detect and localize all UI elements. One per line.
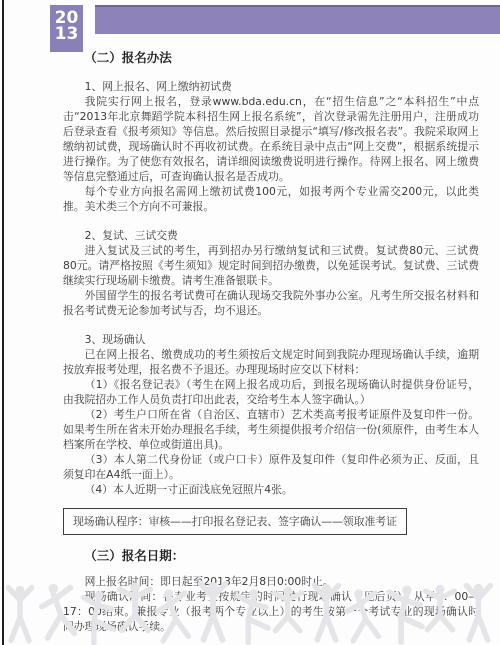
year-badge: 20 13 [50, 5, 83, 52]
paragraph: 我院实行网上报名，登录www.bda.edu.cn，在“招生信息”之“本科招生”… [63, 94, 479, 184]
header-accent-bar [95, 5, 500, 34]
section-heading-registration-date: （三）报名日期： [63, 548, 479, 563]
list-item-3: （3）本人第二代身份证（或户口卡）原件及复印件（复印件必须为正、反面，且须复印在… [63, 452, 479, 482]
subsection-heading-online-registration: 1、网上报名、网上缴纳初试费 [63, 79, 479, 94]
year-badge-line2: 13 [50, 27, 83, 43]
list-item-1: （1）《报名登记表》（考生在网上报名成功后，到报名现场确认时提供身份证号，由我院… [63, 377, 479, 407]
paragraph: 网上报名时间：即日起至2013年2月8日0:00时止。 [63, 574, 479, 589]
subsection-heading-retest-fee: 2、复试、三试交费 [63, 228, 479, 243]
paragraph: 进入复试及三试的考生，再到招办另行缴纳复试和三试费。复试费80元、三试费80元。… [63, 243, 479, 288]
subsection-heading-onsite-confirmation: 3、现场确认 [63, 332, 479, 347]
document-page: 20 13 （二）报名办法 1、网上报名、网上缴纳初试费 我院实行网上报名，登录… [0, 0, 500, 645]
paragraph: 已在网上报名、缴费成功的考生须按后文规定时间到我院办理现场确认手续，逾期按放弃报… [63, 347, 479, 377]
list-item-2: （2）考生户口所在省（自治区、直辖市）艺术类高考报考证原件及复印件一份。如果考生… [63, 407, 479, 452]
document-body: （二）报名办法 1、网上报名、网上缴纳初试费 我院实行网上报名，登录www.bd… [63, 50, 479, 634]
paragraph: 外国留学生的报名考试费可在确认现场交我院外事办公室。凡考生所交报名材料和报名考试… [63, 288, 479, 318]
list-item-4: （4）本人近期一寸正面浅底免冠照片4张。 [63, 482, 479, 497]
paragraph: 每个专业方向报名需网上缴初试费100元，如报考两个专业需交200元，以此类推。美… [63, 184, 479, 214]
page-number: 4 [0, 609, 500, 619]
page-edge-line [2, 0, 4, 645]
section-heading-registration-method: （二）报名办法 [63, 50, 479, 65]
confirmation-procedure-box: 现场确认程序：审核——打印报名登记表、签字确认——领取准考证 [63, 508, 407, 535]
